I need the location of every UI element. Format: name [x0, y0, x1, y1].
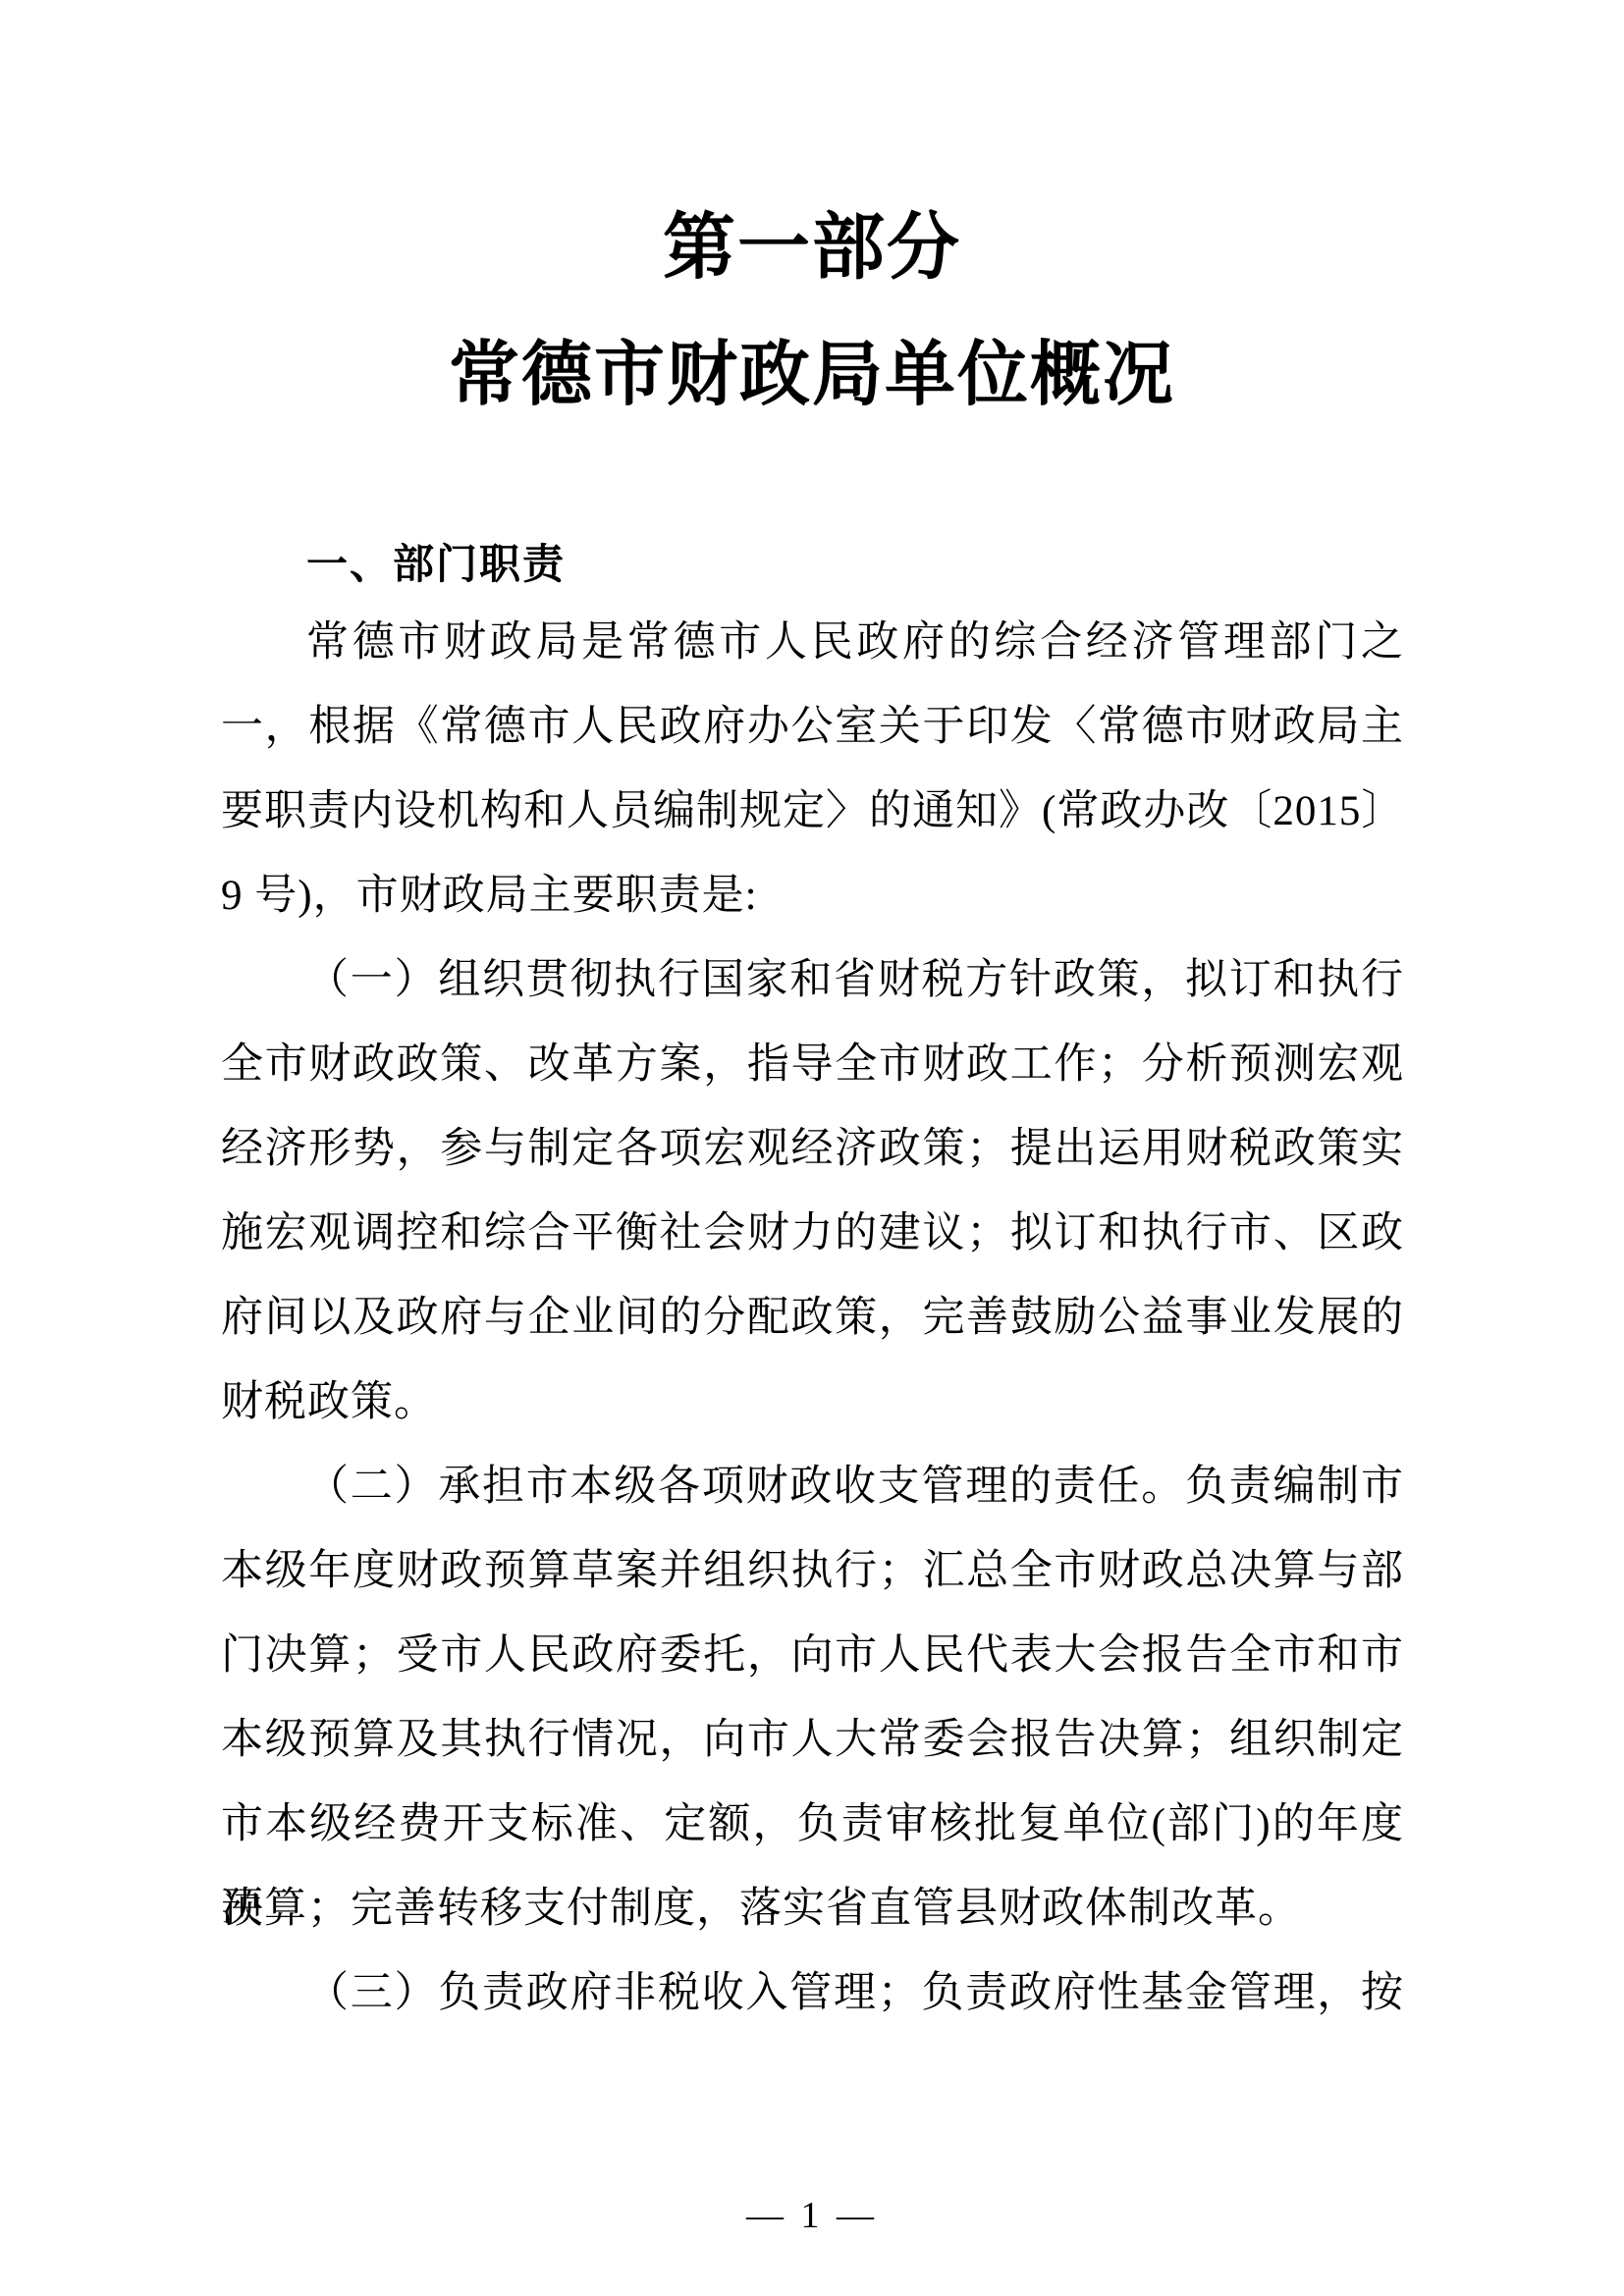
body-line: 全市财政政策、改革方案，指导全市财政工作；分析预测宏观 — [221, 1023, 1404, 1107]
body-line: （三）负责政府非税收入管理；负责政府性基金管理，按 — [221, 1951, 1404, 2036]
document-body: 一、部门职责 常德市财政局是常德市人民政府的综合经济管理部门之 一，根据《常德市… — [221, 528, 1404, 2036]
body-line: 本级年度财政预算草案并组织执行；汇总全市财政总决算与部 — [221, 1529, 1404, 1614]
document-part-title: 第一部分 — [0, 0, 1624, 285]
body-line: 要职责内设机构和人员编制规定〉的通知》(常政办改〔2015〕 — [221, 770, 1404, 854]
body-line: （二）承担市本级各项财政收支管理的责任。负责编制市 — [221, 1445, 1404, 1529]
section-heading: 一、部门职责 — [221, 528, 1404, 601]
body-line: 决算；完善转移支付制度，落实省直管县财政体制改革。 — [221, 1867, 1404, 1951]
document-main-title: 常德市财政局单位概况 — [0, 340, 1624, 410]
body-line: 财税政策。 — [221, 1361, 1404, 1445]
document-page: 第一部分 常德市财政局单位概况 一、部门职责 常德市财政局是常德市人民政府的综合… — [0, 0, 1624, 2296]
page-number: — 1 — — [746, 2195, 878, 2236]
body-line: 府间以及政府与企业间的分配政策，完善鼓励公益事业发展的 — [221, 1276, 1404, 1361]
body-line: 本级预算及其执行情况，向市人大常委会报告决算；组织制定 — [221, 1698, 1404, 1783]
body-line: 施宏观调控和综合平衡社会财力的建议；拟订和执行市、区政 — [221, 1192, 1404, 1276]
body-line: 门决算；受市人民政府委托，向市人民代表大会报告全市和市 — [221, 1614, 1404, 1698]
body-line: （一）组织贯彻执行国家和省财税方针政策，拟订和执行 — [221, 938, 1404, 1023]
page-footer: — 1 — — [0, 2194, 1624, 2237]
body-line: 市本级经费开支标准、定额，负责审核批复单位(部门)的年度预 — [221, 1783, 1404, 1867]
body-line: 一，根据《常德市人民政府办公室关于印发〈常德市财政局主 — [221, 685, 1404, 770]
body-line: 常德市财政局是常德市人民政府的综合经济管理部门之 — [221, 601, 1404, 685]
body-line: 经济形势，参与制定各项宏观经济政策；提出运用财税政策实 — [221, 1107, 1404, 1192]
body-line: 9 号)，市财政局主要职责是: — [221, 854, 1404, 938]
